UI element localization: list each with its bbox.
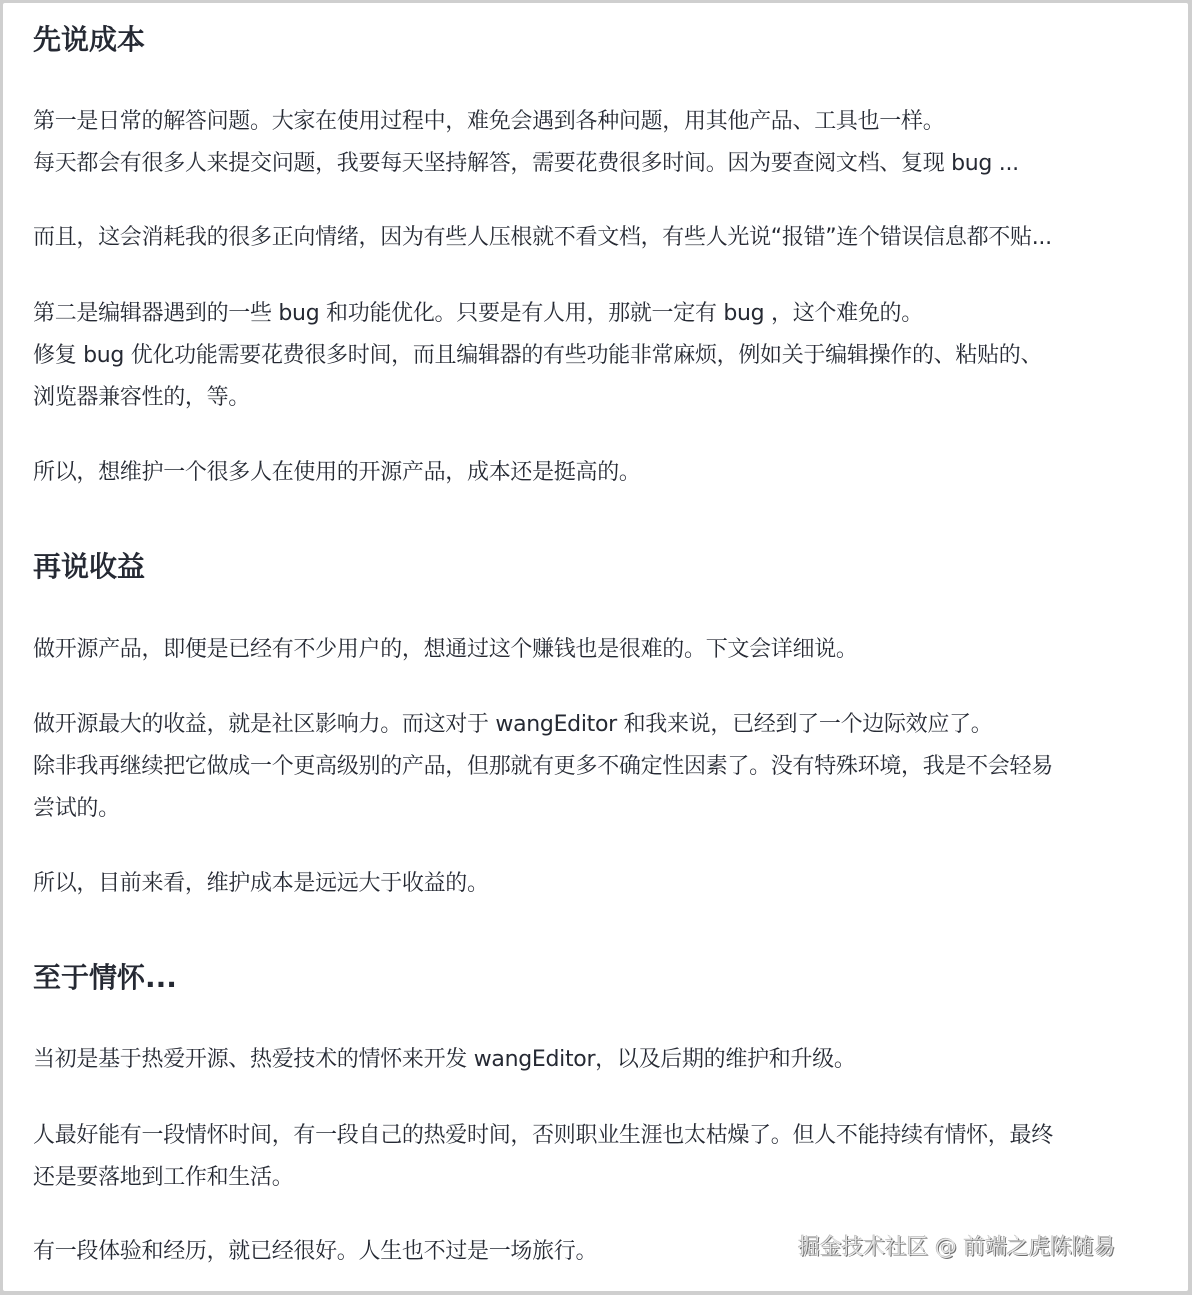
paragraph-line: 修复 bug 优化功能需要花费很多时间，而且编辑器的有些功能非常麻烦，例如关于编… bbox=[33, 335, 1042, 377]
section-heading-cost: 先说成本 bbox=[33, 20, 145, 60]
paragraph-line: 做开源最大的收益，就是社区影响力。而这对于 wangEditor 和我来说，已经… bbox=[33, 704, 992, 746]
paragraph-line: 第一是日常的解答问题。大家在使用过程中，难免会遇到各种问题，用其他产品、工具也一… bbox=[33, 101, 944, 143]
paragraph-line: 每天都会有很多人来提交问题，我要每天坚持解答，需要花费很多时间。因为要查阅文档、… bbox=[33, 143, 1019, 185]
paragraph-line: 有一段体验和经历，就已经很好。人生也不过是一场旅行。 bbox=[33, 1231, 597, 1273]
paragraph-line: 当初是基于热爱开源、热爱技术的情怀来开发 wangEditor，以及后期的维护和… bbox=[33, 1039, 856, 1081]
paragraph-line: 浏览器兼容性的，等。 bbox=[33, 377, 250, 419]
section-heading-benefit: 再说收益 bbox=[33, 547, 145, 587]
paragraph-line: 所以，想维护一个很多人在使用的开源产品，成本还是挺高的。 bbox=[33, 452, 641, 494]
paragraph-line: 做开源产品，即便是已经有不少用户的，想通过这个赚钱也是很难的。下文会详细说。 bbox=[33, 629, 858, 671]
paragraph-line: 尝试的。 bbox=[33, 788, 120, 830]
watermark: 掘金技术社区 @ 前端之虎陈随易 bbox=[798, 1230, 1115, 1266]
paragraph-line: 还是要落地到工作和生活。 bbox=[33, 1157, 293, 1199]
paragraph-line: 而且，这会消耗我的很多正向情绪，因为有些人压根就不看文档，有些人光说“报错”连个… bbox=[33, 217, 1052, 259]
paragraph-line: 第二是编辑器遇到的一些 bug 和功能优化。只要是有人用，那就一定有 bug ，… bbox=[33, 293, 923, 335]
paragraph-line: 人最好能有一段情怀时间，有一段自己的热爱时间，否则职业生涯也太枯燥了。但人不能持… bbox=[33, 1115, 1053, 1157]
paragraph-line: 所以，目前来看，维护成本是远远大于收益的。 bbox=[33, 863, 489, 905]
paragraph-line: 除非我再继续把它做成一个更高级别的产品，但那就有更多不确定性因素了。没有特殊环境… bbox=[33, 746, 1053, 788]
section-heading-sentiment: 至于情怀... bbox=[33, 958, 177, 998]
